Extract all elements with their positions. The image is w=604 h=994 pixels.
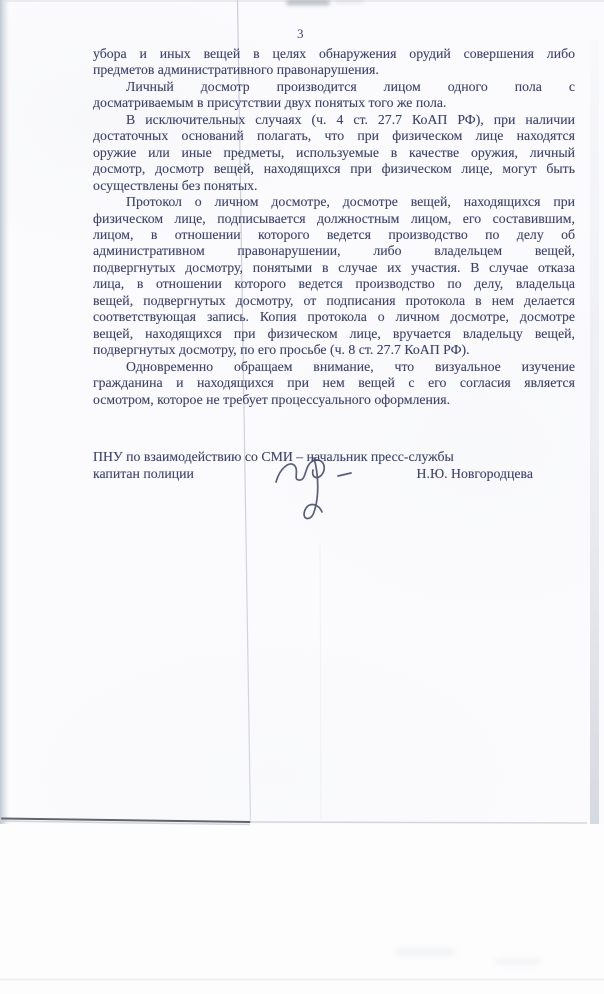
page-number: 3 bbox=[297, 26, 304, 42]
text-line: подвергнутых досмотру, понятыми в случае… bbox=[93, 260, 575, 276]
signature-block: ПНУ по взаимодействию со СМИ – начальник… bbox=[93, 448, 533, 482]
signature-rank: капитан полиции bbox=[93, 465, 194, 482]
text-line: административном правонарушении, либо вл… bbox=[93, 243, 575, 259]
text-line: досматриваемым в присутствии двух поняты… bbox=[93, 95, 575, 111]
text-line: Личный досмотр производится лицом одного… bbox=[93, 79, 575, 95]
document-body: убора и иных вещей в целях обнаружения о… bbox=[93, 46, 575, 408]
faint-vertical-crease bbox=[320, 545, 321, 819]
scanner-smudge-mark bbox=[286, 0, 330, 5]
text-line: оружие или иные предметы, используемые в… bbox=[93, 145, 575, 161]
background-sheet bbox=[0, 824, 604, 994]
text-line: Протокол о личном досмотре, досмотре вещ… bbox=[93, 194, 575, 210]
text-line: физическом лице, подписывается должностн… bbox=[93, 211, 575, 227]
scanner-smudge-mark bbox=[334, 0, 364, 3]
text-line: лица, в отношении которого ведется произ… bbox=[93, 276, 575, 292]
signature-title-line: ПНУ по взаимодействию со СМИ – начальник… bbox=[93, 448, 533, 465]
scan-left-edge-shadow bbox=[0, 0, 9, 824]
text-line: Одновременно обращаем внимание, что визу… bbox=[93, 359, 575, 375]
scan-speck bbox=[495, 958, 541, 965]
text-line: досмотр, досмотр вещей, находящихся при … bbox=[93, 161, 575, 177]
text-line: подвергнутых досмотру, по его просьбе (ч… bbox=[93, 342, 575, 358]
text-line: убора и иных вещей в целях обнаружения о… bbox=[93, 46, 575, 62]
text-line: гражданина и находящихся при нем вещей с… bbox=[93, 375, 575, 391]
text-line: вещей, находящихся при физическом лице, … bbox=[93, 326, 575, 342]
text-line: осмотром, которое не требует процессуаль… bbox=[93, 392, 575, 408]
scan-right-edge-shadow bbox=[590, 40, 599, 824]
text-line: лицом, в отношении которого ведется прои… bbox=[93, 227, 575, 243]
scanned-document-page: 3 убора и иных вещей в целях обнаружения… bbox=[0, 0, 604, 994]
text-line: предметов административного правонарушен… bbox=[93, 62, 575, 78]
scan-speck bbox=[395, 948, 455, 956]
fold-edge-light bbox=[250, 822, 587, 823]
fold-edge-dark bbox=[2, 819, 250, 823]
text-line: осуществлены без понятых. bbox=[93, 178, 575, 194]
text-line: соответствующая запись. Копия протокола … bbox=[93, 309, 575, 325]
signature-name: Н.Ю. Новгородцева bbox=[417, 465, 533, 482]
text-line: достаточных оснований полагать, что при … bbox=[93, 128, 575, 144]
text-line: вещей, подвергнутых досмотру, от подписа… bbox=[93, 293, 575, 309]
text-line: В исключительных случаях (ч. 4 ст. 27.7 … bbox=[93, 112, 575, 128]
